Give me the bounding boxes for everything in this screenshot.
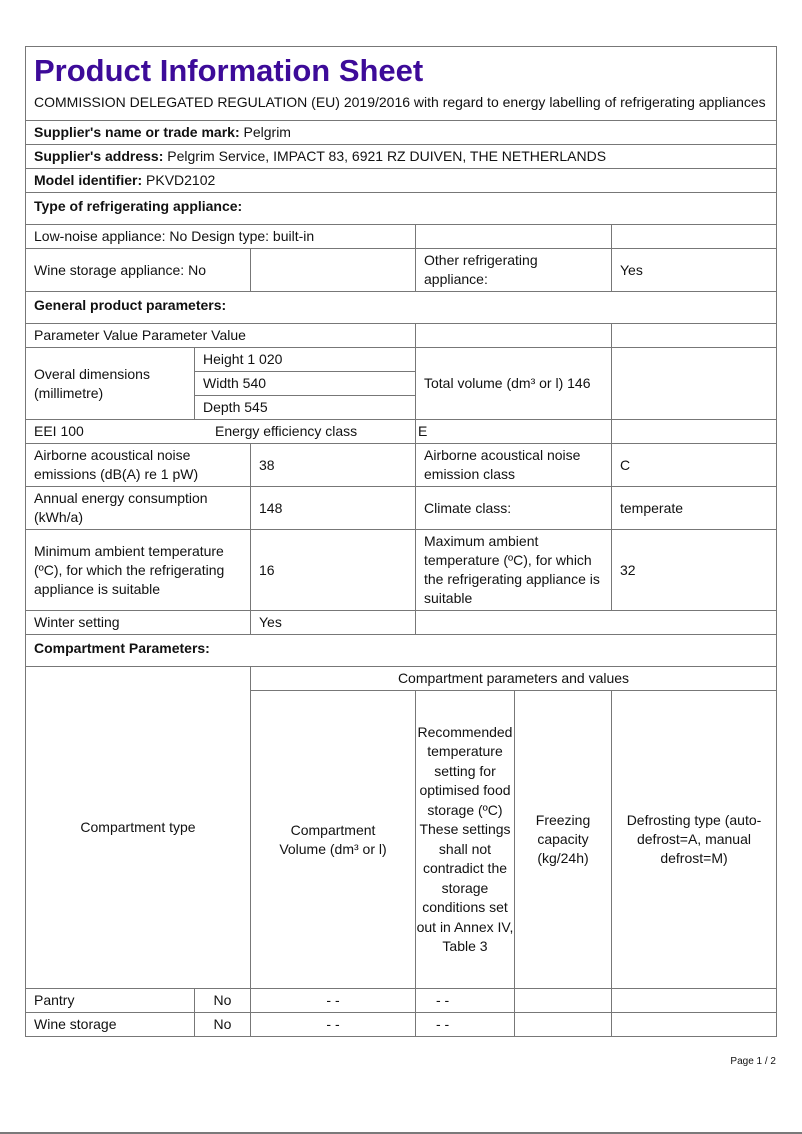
compartment-volume: - - [251, 989, 416, 1013]
compartment-present: No [195, 1013, 251, 1037]
climate-label: Climate class: [416, 487, 612, 530]
empty-cell [416, 324, 612, 348]
eei-value: EEI 100 [34, 423, 84, 439]
empty-cell [612, 348, 777, 420]
wine-storage-appliance: Wine storage appliance: No [26, 249, 251, 292]
min-temp-value: 16 [251, 530, 416, 611]
noise-class-value: C [612, 444, 777, 487]
supplier-address-label: Supplier's address: [34, 148, 163, 164]
compartment-temp: - - [416, 1013, 515, 1037]
type-section-heading: Type of refrigerating appliance: [26, 193, 777, 225]
product-information-sheet: Product Information Sheet COMMISSION DEL… [25, 46, 776, 1037]
other-appliance-value: Yes [612, 249, 777, 292]
compartment-group-header: Compartment parameters and values [251, 667, 777, 691]
compartment-defrost [612, 989, 777, 1013]
col-recommended-temperature: Recommended temperature setting for opti… [416, 691, 515, 989]
other-appliance-label: Other refrigerating appliance: [416, 249, 612, 292]
parameter-header-row: Parameter Value Parameter Value [26, 324, 416, 348]
annual-energy-value: 148 [251, 487, 416, 530]
eei-row: EEI 100 Energy efficiency class [26, 420, 416, 444]
compartment-freezing [515, 989, 612, 1013]
energy-class-label: Energy efficiency class [215, 422, 357, 441]
compartment-defrost [612, 1013, 777, 1037]
empty-cell [612, 225, 777, 249]
empty-cell [612, 324, 777, 348]
compartment-temp: - - [416, 989, 515, 1013]
dimensions-label: Overal dimensions (millimetre) [26, 348, 195, 420]
supplier-name-label: Supplier's name or trade mark: [34, 124, 240, 140]
max-temp-label: Maximum ambient temperature (ºC), for wh… [416, 530, 612, 611]
low-noise-design-type: Low-noise appliance: No Design type: bui… [26, 225, 416, 249]
climate-value: temperate [612, 487, 777, 530]
model-identifier-label: Model identifier: [34, 172, 142, 188]
title-cell: Product Information Sheet COMMISSION DEL… [26, 47, 777, 121]
supplier-address-value: Pelgrim Service, IMPACT 83, 6921 RZ DUIV… [167, 148, 606, 164]
model-identifier-row: Model identifier: PKVD2102 [26, 169, 777, 193]
page-title: Product Information Sheet [34, 47, 768, 91]
compartment-volume: - - [251, 1013, 416, 1037]
noise-value: 38 [251, 444, 416, 487]
noise-label: Airborne acoustical noise emissions (dB(… [26, 444, 251, 487]
general-section-heading: General product parameters: [26, 292, 777, 324]
empty-cell [251, 249, 416, 292]
compartment-freezing [515, 1013, 612, 1037]
compartment-section-heading: Compartment Parameters: [26, 635, 777, 667]
annual-energy-label: Annual energy consumption (kWh/a) [26, 487, 251, 530]
dimension-width: Width 540 [195, 372, 416, 396]
col-compartment-volume: Compartment Volume (dm³ or l) [251, 691, 416, 989]
dimension-depth: Depth 545 [195, 396, 416, 420]
winter-setting-value: Yes [251, 611, 416, 635]
empty-cell [416, 225, 612, 249]
table-row: Pantry No - - - - [26, 989, 777, 1013]
empty-cell [416, 611, 777, 635]
col-defrosting-type: Defrosting type (auto-defrost=A, manual … [612, 691, 777, 989]
winter-setting-label: Winter setting [26, 611, 251, 635]
empty-cell [612, 420, 777, 444]
supplier-address-row: Supplier's address: Pelgrim Service, IMP… [26, 145, 777, 169]
max-temp-value: 32 [612, 530, 777, 611]
compartment-type: Pantry [26, 989, 195, 1013]
noise-class-label: Airborne acoustical noise emission class [416, 444, 612, 487]
col-compartment-type: Compartment type [26, 667, 251, 989]
total-volume: Total volume (dm³ or l) 146 [416, 348, 612, 420]
compartment-type: Wine storage [26, 1013, 195, 1037]
table-row: Wine storage No - - - - [26, 1013, 777, 1037]
dimension-height: Height 1 020 [195, 348, 416, 372]
energy-class-value: E [416, 420, 612, 444]
regulation-text: COMMISSION DELEGATED REGULATION (EU) 201… [34, 91, 768, 120]
supplier-name-row: Supplier's name or trade mark: Pelgrim [26, 121, 777, 145]
page-number: Page 1 / 2 [730, 1056, 776, 1067]
supplier-name-value: Pelgrim [244, 124, 291, 140]
model-identifier-value: PKVD2102 [146, 172, 215, 188]
min-temp-label: Minimum ambient temperature (ºC), for wh… [26, 530, 251, 611]
info-table: Product Information Sheet COMMISSION DEL… [25, 46, 777, 1037]
compartment-present: No [195, 989, 251, 1013]
col-freezing-capacity: Freezing capacity (kg/24h) [515, 691, 612, 989]
